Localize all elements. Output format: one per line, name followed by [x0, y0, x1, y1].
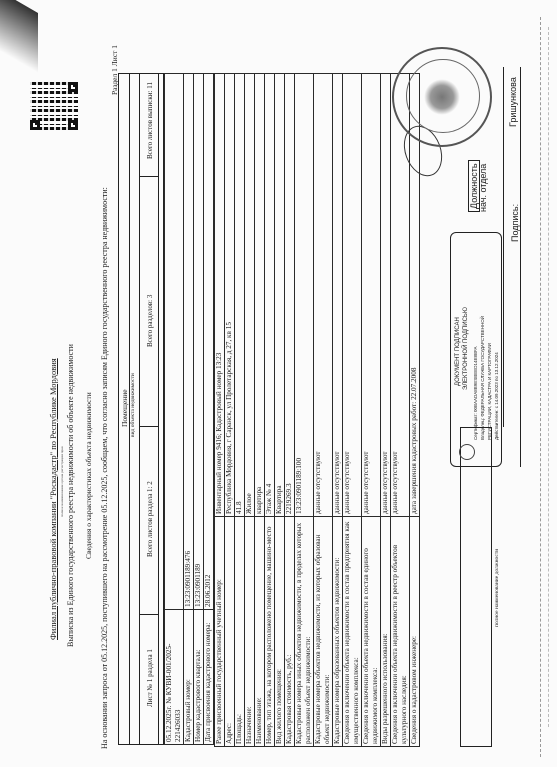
- signature-label: Подпись:: [510, 204, 520, 242]
- row-label: Номер кадастрового квартала:: [194, 610, 204, 745]
- row-label: Кадастровые номера объектов недвижимости…: [314, 517, 333, 747]
- row-value: данные отсутствуют: [333, 74, 343, 517]
- organization-name: Филиал публично-правовой компании "Роска…: [48, 358, 58, 640]
- row-value: данные отсутствуют: [381, 74, 391, 517]
- row-value: данные отсутствуют: [343, 74, 362, 517]
- esig-line1: ДОКУМЕНТ ПОДПИСАН: [455, 317, 461, 386]
- document-title: Выписка из Единого государственного реес…: [66, 344, 75, 647]
- row-value: Квартира: [275, 74, 285, 517]
- object-type-value: Помещение: [120, 389, 129, 427]
- row-label: Адрес:: [225, 517, 235, 747]
- row-value: 13:23:0901189:100: [295, 74, 314, 517]
- row-label: Кадастровые номера образованных объектов…: [333, 517, 343, 747]
- row-label: Дата присвоения кадастрового номера:: [204, 610, 214, 745]
- signer-name: Гришункова: [508, 77, 518, 127]
- esig-line2: ЭЛЕКТРОННОЙ ПОДПИСЬЮ: [463, 307, 469, 390]
- row-label: Сведения о включении объекта недвижимост…: [391, 517, 410, 747]
- esig-line5: РЕГИСТРАЦИИ, КАДАСТРА И КАРТОГРАФИИ: [487, 343, 492, 440]
- emblem-icon: [459, 444, 475, 460]
- table-row: Назначение:Жилое: [245, 74, 255, 747]
- row-value: квартира: [255, 74, 265, 517]
- qr-code: [30, 82, 78, 130]
- esig-line6: Действителен: с 14.09.2023 по 13.12.2024: [494, 352, 499, 440]
- row-label: Кадастровый номер:: [184, 610, 194, 745]
- position-cell: [460, 427, 492, 747]
- row-label: Номер, тип этажа, на котором расположено…: [265, 517, 275, 747]
- table-row: Сведения о включении объекта недвижимост…: [343, 74, 362, 747]
- table-row: Вид жилого помещения:Квартира: [275, 74, 285, 747]
- table-row: Сведения о включении объекта недвижимост…: [362, 74, 381, 747]
- row-label: Площадь:: [235, 517, 245, 747]
- row-label: Виды разрешенного использования:: [381, 517, 391, 747]
- row-label: Вид жилого помещения:: [275, 517, 285, 747]
- official-seal: [392, 47, 492, 147]
- table-row: Дата присвоения кадастрового номера: 28.…: [204, 74, 214, 745]
- row-value: 28.06.2012: [204, 74, 214, 610]
- row-label: Сведения о кадастровом инженере:: [410, 517, 420, 747]
- row-value: Этаж № 4: [265, 74, 275, 517]
- row-value: данные отсутствуют: [362, 74, 381, 517]
- row-label: Наименование:: [255, 517, 265, 747]
- table-row: Сведения о кадастровом инженере:дата зав…: [410, 74, 420, 747]
- row-label: Сведения о включении объекта недвижимост…: [343, 517, 362, 747]
- position-caption: полное наименование должности: [494, 549, 500, 627]
- esig-box: ДОКУМЕНТ ПОДПИСАН ЭЛЕКТРОННОЙ ПОДПИСЬЮ С…: [450, 232, 502, 467]
- row-value: 2219269.3: [285, 74, 295, 517]
- row-value: [165, 74, 184, 610]
- row-label: Сведения о включении объекта недвижимост…: [362, 517, 381, 747]
- row-label: Кадастровая стоимость, руб.:: [285, 517, 295, 747]
- table-row: Адрес:Республика Мордовия, г Саранск, ул…: [225, 74, 235, 747]
- property-table: Ранее присвоенный государственный учетны…: [214, 73, 420, 747]
- table-row: Виды разрешенного использования:данные о…: [381, 74, 391, 747]
- row-label: Назначение:: [245, 517, 255, 747]
- table-row: Наименование:квартира: [255, 74, 265, 747]
- esig-line4: Владелец: ФЕДЕРАЛЬНАЯ СЛУЖБА ГОСУДАРСТВЕ…: [480, 316, 485, 440]
- id-table: 05.12.2025г. № КУВИ-001/2025-221426033 К…: [164, 73, 214, 745]
- row-value: 13:23:0901189:476: [184, 74, 194, 610]
- scan-shadow: [0, 0, 38, 73]
- row-label: 05.12.2025г. № КУВИ-001/2025-221426033: [165, 610, 184, 745]
- table-row: Кадастровые номера объектов недвижимости…: [314, 74, 333, 747]
- table-row: Ранее присвоенный государственный учетны…: [215, 74, 225, 747]
- table-row: Кадастровые номера образованных объектов…: [333, 74, 343, 747]
- position-value-2: нач. отдела: [478, 164, 488, 212]
- sheet-label: Лист № 1 раздела 1: [146, 649, 154, 707]
- object-type-caption: вид объекта недвижимости: [130, 373, 136, 437]
- table-row: 05.12.2025г. № КУВИ-001/2025-221426033: [165, 74, 184, 745]
- organization-caption: полное наименование органа регистрации п…: [60, 446, 64, 517]
- total-sheets: Всего листов выписки: 11: [146, 82, 154, 159]
- table-row: Кадастровая стоимость, руб.:2219269.3: [285, 74, 295, 747]
- row-value: Жилое: [245, 74, 255, 517]
- sheets-in-section: Всего листов раздела 1: 2: [146, 481, 154, 557]
- table-row: Сведения о включении объекта недвижимост…: [391, 74, 410, 747]
- table-row: Кадастровые номера иных объектов недвижи…: [295, 74, 314, 747]
- table-row: Номер кадастрового квартала: 13:23:09011…: [194, 74, 204, 745]
- table-row: Номер, тип этажа, на котором расположено…: [265, 74, 275, 747]
- row-value: 13:23:0901189: [194, 74, 204, 610]
- document-page: Филиал публично-правовой компании "Роска…: [0, 0, 557, 767]
- row-label: Ранее присвоенный государственный учетны…: [215, 517, 225, 747]
- row-value: 41.8: [235, 74, 245, 517]
- total-sections: Всего разделов: 3: [146, 295, 154, 347]
- row-value: данные отсутствуют: [314, 74, 333, 517]
- row-label: Кадастровые номера иных объектов недвижи…: [295, 517, 314, 747]
- request-text: На основании запроса от 05.12.2025, пост…: [100, 187, 109, 749]
- row-value: Республика Мордовия, г Саранск, ул Проле…: [225, 74, 235, 517]
- table-row: Кадастровый номер: 13:23:0901189:476: [184, 74, 194, 745]
- esig-line3: Сертификат: 00BAADA8B9ESBEED14E8BFA: [473, 346, 478, 440]
- table-row: Площадь:41.8: [235, 74, 245, 747]
- row-value: Инвентарный номер 9416; Кадастровый номе…: [215, 74, 225, 517]
- document-subtitle: Сведения о характеристиках объекта недви…: [84, 392, 93, 559]
